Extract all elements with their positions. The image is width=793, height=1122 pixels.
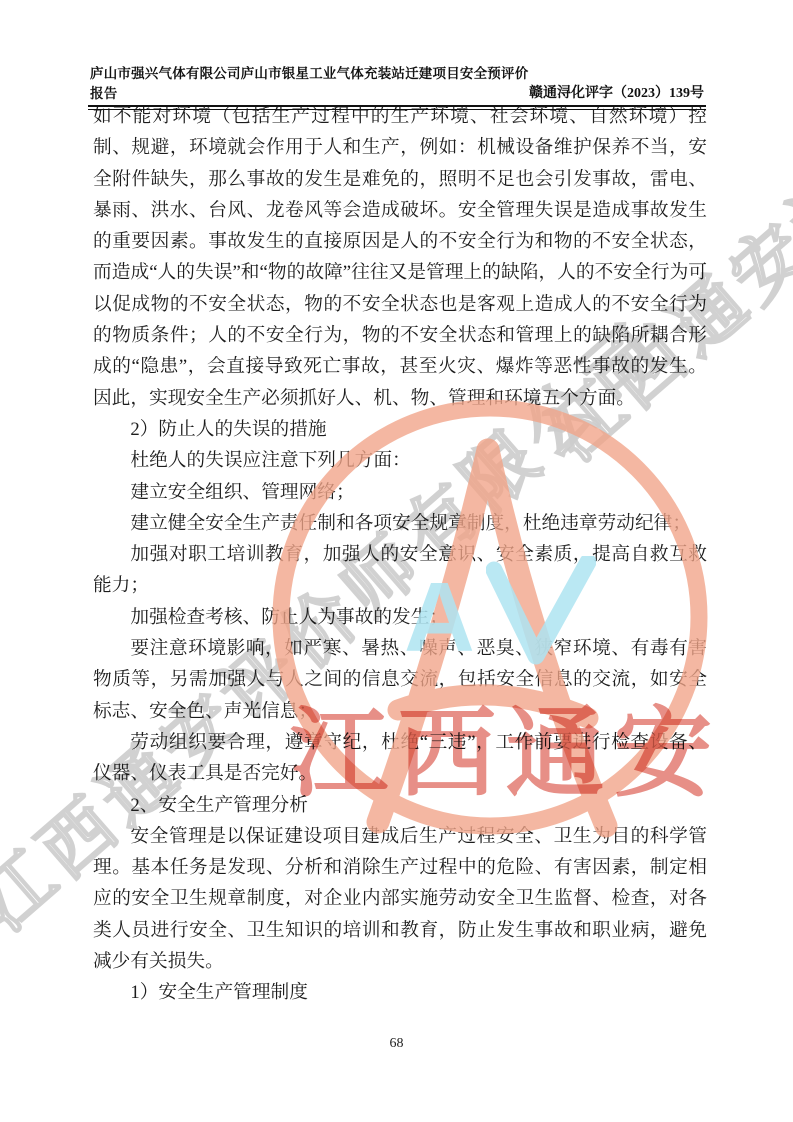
header-rule-thin (88, 109, 706, 110)
paragraph: 要注意环境影响，如严寒、暑热、噪声、恶臭、狭窄环境、有毒有害物质等，另需加强人与… (93, 633, 707, 727)
paragraph: 安全管理是以保证建设项目建成后生产过程安全、卫生为目的科学管理。基本任务是发现、… (93, 821, 707, 977)
paragraph: 加强对职工培训教育，加强人的安全意识、安全素质，提高自救互救能力； (93, 539, 707, 602)
document-number: 赣通浔化评字（2023）139号 (529, 82, 704, 102)
page-number: 68 (0, 1036, 793, 1052)
report-title: 庐山市强兴气体有限公司庐山市银星工业气体充装站迁建项目安全预评价报告 (90, 62, 529, 102)
paragraph: 劳动组织要合理，遵章守纪，杜绝“三违”，工作前要进行检查设备、仪器、仪表工具是否… (93, 727, 707, 790)
paragraph: 建立健全安全生产责任制和各项安全规章制度，杜绝违章劳动纪律； (93, 508, 707, 539)
paragraph: 如不能对环境（包括生产过程中的生产环境、社会环境、自然环境）控制、规避，环境就会… (93, 101, 707, 414)
page-header: 庐山市强兴气体有限公司庐山市银星工业气体充装站迁建项目安全预评价报告 赣通浔化评… (88, 62, 706, 110)
document-page: 江西通安评价师有限公司 江西通安评价师有限公司 庐山市强兴气体有限公司庐山市银星… (0, 0, 793, 1122)
body-text: 如不能对环境（包括生产过程中的生产环境、社会环境、自然环境）控制、规避，环境就会… (93, 101, 707, 1009)
paragraph: 建立安全组织、管理网络； (93, 477, 707, 508)
paragraph: 2、安全生产管理分析 (93, 790, 707, 821)
paragraph: 加强检查考核、防止人为事故的发生； (93, 602, 707, 633)
paragraph: 2）防止人的失误的措施 (93, 414, 707, 445)
paragraph: 杜绝人的失误应注意下列几方面： (93, 445, 707, 476)
paragraph: 1）安全生产管理制度 (93, 977, 707, 1008)
